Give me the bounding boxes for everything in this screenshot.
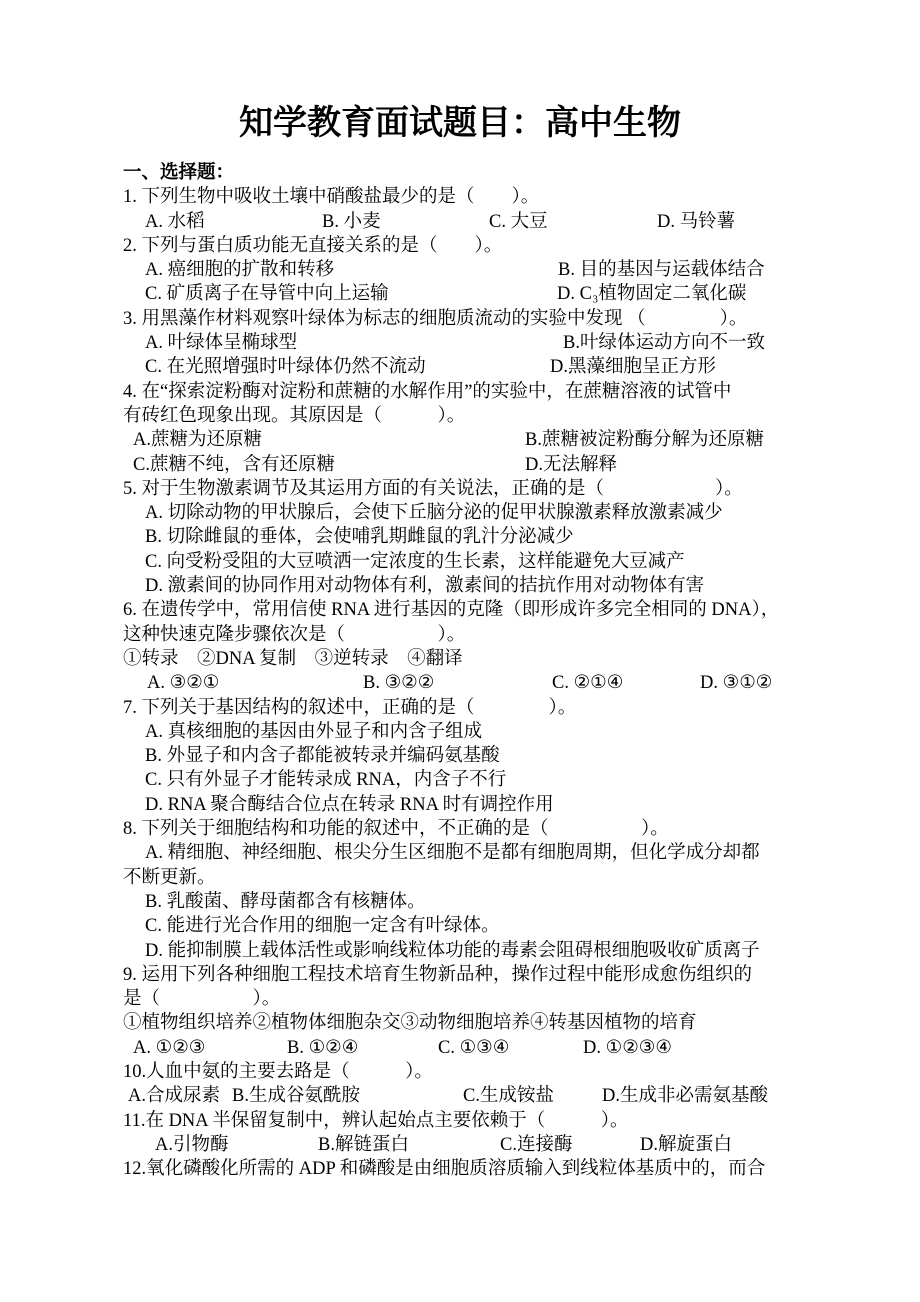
q2-option-c: C. 矿质离子在导管中向上运输 xyxy=(145,282,389,306)
q9-items: ①植物组织培养②植物体细胞杂交③动物细胞培养④转基因植物的培育 xyxy=(123,1011,823,1035)
q1-option-c: C. 大豆 xyxy=(489,210,548,234)
q11-option-c: C.连接酶 xyxy=(500,1133,572,1157)
q1-stem: 1. 下列生物中吸收土壤中硝酸盐最少的是（ ）。 xyxy=(123,185,823,209)
q10-stem: 10.人血中氨的主要去路是（ ）。 xyxy=(123,1060,823,1084)
q1-option-a: A. 水稻 xyxy=(145,210,205,234)
q11-option-b: B.解链蛋白 xyxy=(318,1133,409,1157)
q4-option-d: D.无法解释 xyxy=(525,453,617,477)
q1-options-row: A. 水稻 B. 小麦 C. 大豆 D. 马铃薯 xyxy=(123,210,823,234)
q9-option-b: B. ①②④ xyxy=(287,1036,358,1060)
section-heading: 一、选择题： xyxy=(123,161,823,185)
q2-stem: 2. 下列与蛋白质功能无直接关系的是（ ）。 xyxy=(123,234,823,258)
q8-option-a-line2: 不断更新。 xyxy=(123,866,823,890)
q9-options-row: A. ①②③ B. ①②④ C. ①③④ D. ①②③④ xyxy=(123,1036,823,1060)
q7-stem: 7. 下列关于基因结构的叙述中，正确的是（ ）。 xyxy=(123,696,823,720)
q9-stem-line2: 是（ ）。 xyxy=(123,987,823,1011)
q3-option-b: B.叶绿体运动方向不一致 xyxy=(563,331,765,355)
q7-option-b: B. 外显子和内含子都能被转录并编码氨基酸 xyxy=(123,744,823,768)
document-body: 一、选择题： 1. 下列生物中吸收土壤中硝酸盐最少的是（ ）。 A. 水稻 B.… xyxy=(123,161,823,1181)
q2-option-d: D. C₃植物固定二氧化碳 xyxy=(557,282,746,306)
q12-stem-line1: 12.氧化磷酸化所需的 ADP 和磷酸是由细胞质溶质输入到线粒体基质中的，而合 xyxy=(123,1157,823,1181)
q5-option-b: B. 切除雌鼠的垂体，会使哺乳期雌鼠的乳汁分泌减少 xyxy=(123,525,823,549)
q4-options-row-1: A.蔗糖为还原糖 B.蔗糖被淀粉酶分解为还原糖 xyxy=(123,428,823,452)
q10-option-d: D.生成非必需氨基酸 xyxy=(602,1084,768,1108)
q9-option-d: D. ①②③④ xyxy=(583,1036,672,1060)
q6-options-row: A. ③②① B. ③②② C. ②①④ D. ③①② xyxy=(123,671,823,695)
q7-option-c: C. 只有外显子才能转录成 RNA，内含子不行 xyxy=(123,768,823,792)
q5-option-d: D. 激素间的协同作用对动物体有利，激素间的拮抗作用对动物体有害 xyxy=(123,574,823,598)
q11-stem: 11.在 DNA 半保留复制中，辨认起始点主要依赖于（ ）。 xyxy=(123,1109,823,1133)
q4-option-c: C.蔗糖不纯，含有还原糖 xyxy=(133,453,335,477)
q3-stem: 3. 用黑藻作材料观察叶绿体为标志的细胞质流动的实验中发现 （ ）。 xyxy=(123,307,823,331)
q2-option-a: A. 癌细胞的扩散和转移 xyxy=(145,258,334,282)
q11-option-a: A.引物酶 xyxy=(155,1133,229,1157)
q7-option-a: A. 真核细胞的基因由外显子和内含子组成 xyxy=(123,720,823,744)
q4-option-a: A.蔗糖为还原糖 xyxy=(133,428,262,452)
q3-options-row-1: A. 叶绿体呈椭球型 B.叶绿体运动方向不一致 xyxy=(123,331,823,355)
q6-option-b: B. ③②② xyxy=(363,671,434,695)
q4-stem-line1: 4. 在“探索淀粉酶对淀粉和蔗糖的水解作用”的实验中，在蔗糖溶液的试管中 xyxy=(123,380,823,404)
q1-option-d: D. 马铃薯 xyxy=(657,210,735,234)
q8-option-a-line1: A. 精细胞、神经细胞、根尖分生区细胞不是都有细胞周期，但化学成分却都 xyxy=(123,841,823,865)
q7-option-d: D. RNA 聚合酶结合位点在转录 RNA 时有调控作用 xyxy=(123,793,823,817)
document-page: 知学教育面试题目：高中生物 一、选择题： 1. 下列生物中吸收土壤中硝酸盐最少的… xyxy=(0,0,920,1302)
q3-option-c: C. 在光照增强时叶绿体仍然不流动 xyxy=(145,355,426,379)
q8-option-d: D. 能抑制膜上载体活性或影响线粒体功能的毒素会阻碍根细胞吸收矿质离子 xyxy=(123,939,823,963)
q4-options-row-2: C.蔗糖不纯，含有还原糖 D.无法解释 xyxy=(123,453,823,477)
q6-stem-line2: 这种快速克隆步骤依次是（ ）。 xyxy=(123,623,823,647)
q4-stem-line2: 有砖红色现象出现。其原因是（ ）。 xyxy=(123,404,823,428)
q3-option-d: D.黑藻细胞呈正方形 xyxy=(550,355,716,379)
q2-options-row-2: C. 矿质离子在导管中向上运输 D. C₃植物固定二氧化碳 xyxy=(123,282,823,306)
q2-options-row-1: A. 癌细胞的扩散和转移 B. 目的基因与运载体结合 xyxy=(123,258,823,282)
q5-stem: 5. 对于生物激素调节及其运用方面的有关说法，正确的是（ ）。 xyxy=(123,477,823,501)
q6-option-a: A. ③②① xyxy=(147,671,219,695)
q2-option-b: B. 目的基因与运载体结合 xyxy=(558,258,765,282)
q9-option-a: A. ①②③ xyxy=(133,1036,205,1060)
q5-option-c: C. 向受粉受阻的大豆喷洒一定浓度的生长素，这样能避免大豆减产 xyxy=(123,550,823,574)
q9-stem-line1: 9. 运用下列各种细胞工程技术培育生物新品种，操作过程中能形成愈伤组织的 xyxy=(123,963,823,987)
q4-option-b: B.蔗糖被淀粉酶分解为还原糖 xyxy=(525,428,764,452)
q6-items: ①转录 ②DNA 复制 ③逆转录 ④翻译 xyxy=(123,647,823,671)
q8-stem: 8. 下列关于细胞结构和功能的叙述中，不正确的是（ ）。 xyxy=(123,817,823,841)
q10-option-a: A.合成尿素 xyxy=(128,1084,220,1108)
page-title: 知学教育面试题目：高中生物 xyxy=(0,101,920,147)
q10-option-c: C.生成铵盐 xyxy=(463,1084,554,1108)
q6-option-d: D. ③①② xyxy=(700,671,772,695)
q8-option-b: B. 乳酸菌、酵母菌都含有核糖体。 xyxy=(123,890,823,914)
q10-options-row: A.合成尿素 B.生成谷氨酰胺 C.生成铵盐 D.生成非必需氨基酸 xyxy=(123,1084,823,1108)
q11-options-row: A.引物酶 B.解链蛋白 C.连接酶 D.解旋蛋白 xyxy=(123,1133,823,1157)
q11-option-d: D.解旋蛋白 xyxy=(640,1133,732,1157)
q6-stem-line1: 6. 在遗传学中，常用信使 RNA 进行基因的克隆（即形成许多完全相同的 DNA… xyxy=(123,598,823,622)
q9-option-c: C. ①③④ xyxy=(438,1036,509,1060)
q8-option-c: C. 能进行光合作用的细胞一定含有叶绿体。 xyxy=(123,914,823,938)
q3-options-row-2: C. 在光照增强时叶绿体仍然不流动 D.黑藻细胞呈正方形 xyxy=(123,355,823,379)
q3-option-a: A. 叶绿体呈椭球型 xyxy=(145,331,297,355)
q5-option-a: A. 切除动物的甲状腺后，会使下丘脑分泌的促甲状腺激素释放激素减少 xyxy=(123,501,823,525)
q1-option-b: B. 小麦 xyxy=(322,210,381,234)
q10-option-b: B.生成谷氨酰胺 xyxy=(232,1084,360,1108)
q6-option-c: C. ②①④ xyxy=(552,671,623,695)
